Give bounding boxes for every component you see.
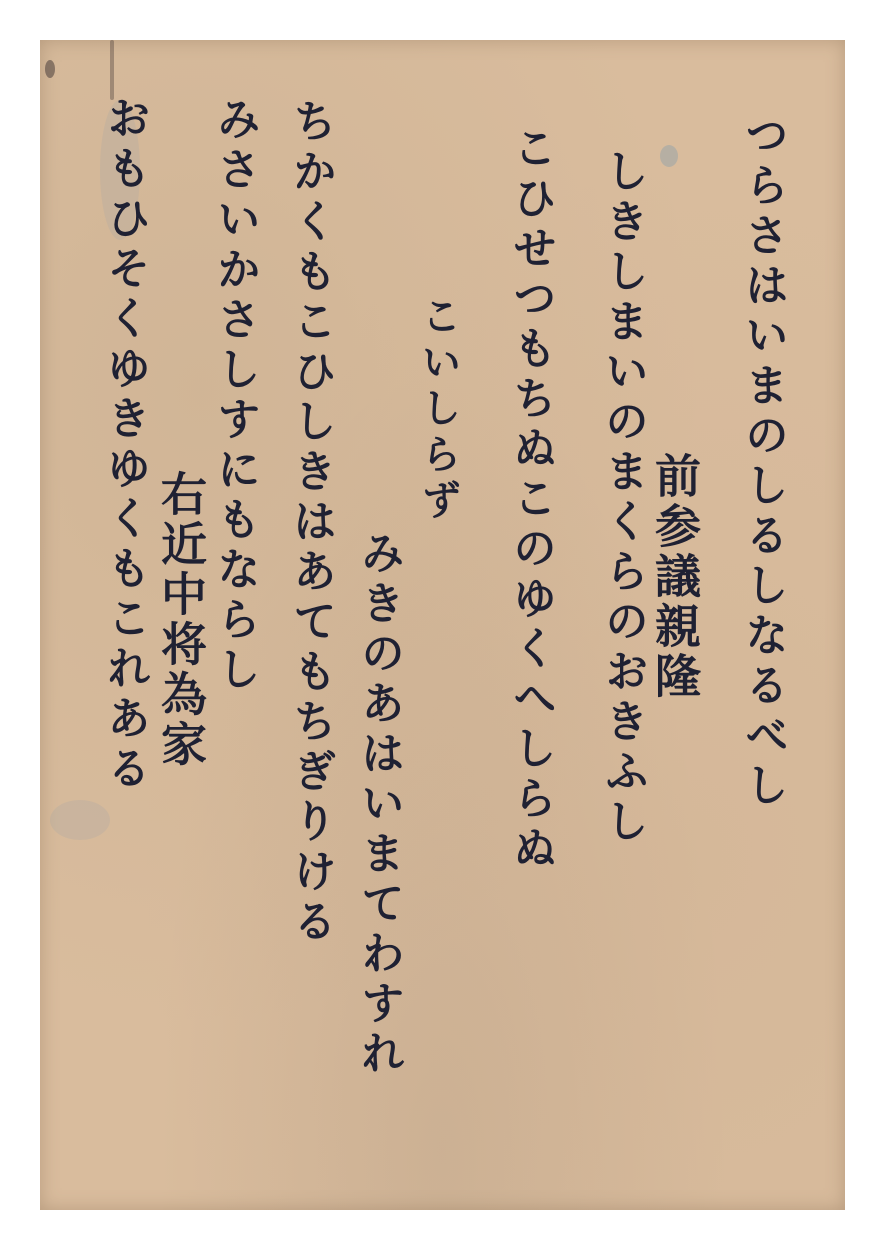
paper-stain	[50, 800, 110, 840]
column-8: みさいかさしすにもならし	[212, 96, 256, 696]
column-3: しきしまいのまくらのおきふし	[600, 148, 644, 848]
paper-stain	[110, 40, 114, 100]
column-1: つらさはいまのしるしなるべし	[740, 112, 784, 812]
column-4: こひせつもちぬこのゆくへしらぬ	[508, 125, 552, 875]
column-7: ちかくもこひしきはあてもちぎりける	[288, 98, 332, 948]
poet-name-2: 右近中将為家	[158, 470, 204, 770]
poet-name-1: 前参議親隆	[652, 452, 698, 702]
paper-stain	[660, 145, 678, 167]
paper-stain	[45, 60, 55, 78]
manuscript-paper: つらさはいまのしるしなるべし 前参議親隆 しきしまいのまくらのおきふし こひせつ…	[40, 40, 845, 1210]
column-6: みきのあはいまてわすれ	[356, 530, 400, 1080]
column-10: おもひそくゆきゆくもこれある	[102, 95, 146, 795]
column-5: こいしらず	[418, 295, 458, 525]
